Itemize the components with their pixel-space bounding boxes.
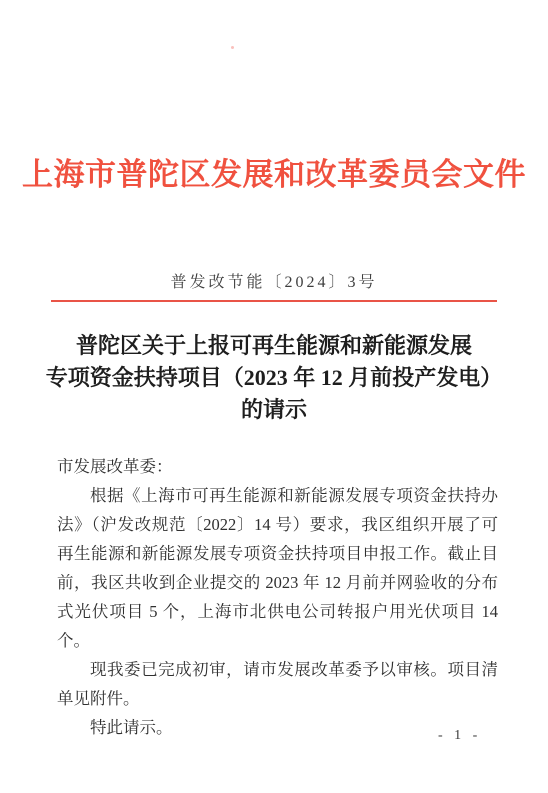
- red-separator-line: [51, 300, 497, 302]
- agency-title: 上海市普陀区发展和改革委员会文件: [0, 149, 548, 194]
- body-paragraph-1: 根据《上海市可再生能源和新能源发展专项资金扶持办法》（沪发改规范〔2022〕14…: [57, 481, 498, 655]
- document-body: 市发展改革委： 根据《上海市可再生能源和新能源发展专项资金扶持办法》（沪发改规范…: [57, 452, 498, 742]
- scan-speckle: [231, 46, 234, 49]
- body-paragraph-2: 现我委已完成初审，请市发展改革委予以审核。项目清单见附件。: [57, 655, 498, 713]
- page-number: - 1 -: [438, 728, 481, 744]
- document-title-line-3: 的请示: [24, 394, 524, 426]
- document-title: 普陀区关于上报可再生能源和新能源发展 专项资金扶持项目（2023 年 12 月前…: [24, 330, 524, 426]
- document-title-line-1: 普陀区关于上报可再生能源和新能源发展: [24, 330, 524, 362]
- body-paragraph-3: 特此请示。: [57, 713, 498, 742]
- document-title-line-2: 专项资金扶持项目（2023 年 12 月前投产发电）: [24, 362, 524, 394]
- document-page: 上海市普陀区发展和改革委员会文件 普发改节能〔2024〕3号 普陀区关于上报可再…: [0, 0, 548, 793]
- doc-number: 普发改节能〔2024〕3号: [0, 269, 548, 292]
- salutation: 市发展改革委：: [57, 452, 498, 481]
